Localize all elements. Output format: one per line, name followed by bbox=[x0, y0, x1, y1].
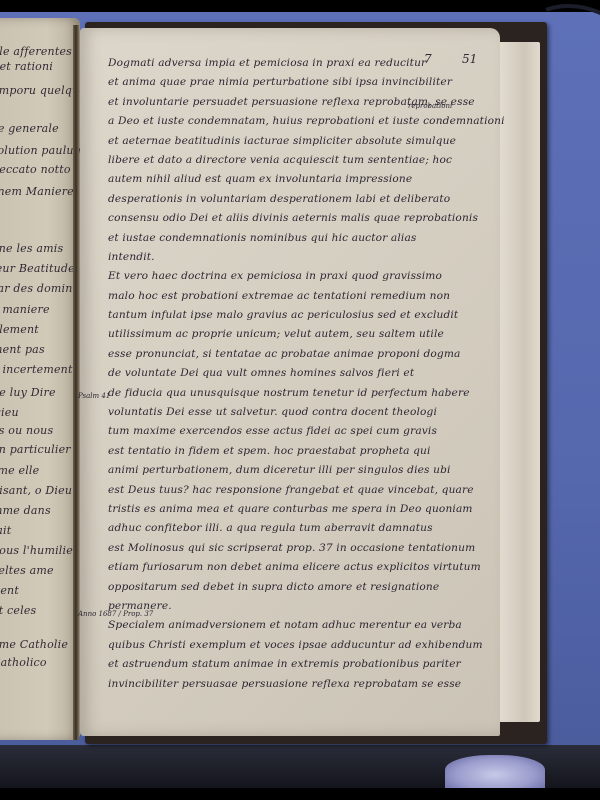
left-page-line: Catholico bbox=[0, 656, 47, 669]
manuscript-text: Dogmati adversa impia et pemiciosa in pr… bbox=[108, 54, 488, 694]
left-page-line: ple afferentes bbox=[0, 45, 72, 58]
left-page-line: : et rationi bbox=[0, 60, 53, 73]
left-page-line: ane les amis bbox=[0, 242, 63, 255]
manuscript-line: malo hoc est probationi extremae ac tent… bbox=[108, 287, 488, 306]
left-page-line: blement bbox=[0, 323, 39, 336]
manuscript-line: Specialem animadversionem et notam adhuc… bbox=[108, 616, 488, 635]
manuscript-line: a Deo et iuste condemnatam, huius reprob… bbox=[108, 112, 488, 131]
left-page-line: ment pas bbox=[0, 343, 45, 356]
manuscript-line: invincibiliter persuasae persuasione ref… bbox=[108, 675, 488, 694]
left-page-line: ame Catholie bbox=[0, 638, 68, 651]
bottom-black-bar bbox=[0, 788, 600, 800]
manuscript-line: tristis es anima mea et quare conturbas … bbox=[108, 500, 488, 519]
manuscript-line: tum maxime exercendos esse actus fidei a… bbox=[108, 422, 488, 441]
manuscript-line: libere et dato a directore venia acquies… bbox=[108, 151, 488, 170]
manuscript-line: quibus Christi exemplum et voces ipsae a… bbox=[108, 636, 488, 655]
margin-note: Anno 1687 / Prop. 37 bbox=[78, 610, 153, 619]
left-page-line: se generale bbox=[0, 122, 59, 135]
manuscript-line: adhuc confitebor illi. a qua regula tum … bbox=[108, 519, 488, 538]
interlinear-correction: reprobationi bbox=[408, 102, 452, 110]
left-page-line: Dieu bbox=[0, 406, 19, 419]
manuscript-line: et anima quae prae nimia perturbatione s… bbox=[108, 73, 488, 92]
left-page-line: en particulier bbox=[0, 443, 71, 456]
manuscript-line: desperationis in voluntariam desperation… bbox=[108, 190, 488, 209]
left-page-line: de luy Dire bbox=[0, 386, 56, 399]
left-page-line: disant, o Dieu bbox=[0, 484, 72, 497]
manuscript-line: est Deus tuus? hac responsione frangebat… bbox=[108, 481, 488, 500]
manuscript-line: est tentatio in fidem et spem. hoc praes… bbox=[108, 442, 488, 461]
left-page-line: mme dans bbox=[0, 504, 51, 517]
left-page-line: e maniere bbox=[0, 303, 50, 316]
left-page-line: rolution paulum bbox=[0, 144, 84, 157]
left-page-line: rnem Maniere bbox=[0, 185, 74, 198]
manuscript-line: consensu odio Dei et aliis divinis aeter… bbox=[108, 209, 488, 228]
manuscript-line: permanere. bbox=[108, 597, 488, 616]
left-page: ple afferentes: et rationiemporu quelque… bbox=[0, 18, 80, 740]
left-page-line: a incertement bbox=[0, 363, 73, 376]
margin-note: Psalm 41 bbox=[78, 392, 110, 401]
manuscript-line: esse pronunciat, si tentatae ac probatae… bbox=[108, 345, 488, 364]
left-page-line: es ou nous bbox=[0, 424, 53, 437]
manuscript-line: etiam furiosarum non debet anima elicere… bbox=[108, 558, 488, 577]
manuscript-line: utilissimum ac proprie unicum; velut aut… bbox=[108, 325, 488, 344]
manuscript-line: voluntatis Dei esse ut salvetur. quod co… bbox=[108, 403, 488, 422]
cloth-fold bbox=[445, 755, 545, 788]
left-page-line: itent bbox=[0, 584, 19, 597]
manuscript-line: tantum infulat ipse malo gravius ac peri… bbox=[108, 306, 488, 325]
left-page-line: rme elle bbox=[0, 464, 39, 477]
manuscript-line: est Molinosus qui sic scripserat prop. 3… bbox=[108, 539, 488, 558]
manuscript-line: Et vero haec doctrina ex pemiciosa in pr… bbox=[108, 267, 488, 286]
left-page-line: rar des domine bbox=[0, 282, 79, 295]
manuscript-line: Dogmati adversa impia et pemiciosa in pr… bbox=[108, 54, 488, 73]
manuscript-line: oppositarum sed debet in supra dicto amo… bbox=[108, 578, 488, 597]
manuscript-line: autem nihil aliud est quam ex involuntar… bbox=[108, 170, 488, 189]
manuscript-line: et aeternae beatitudinis iacturae simpli… bbox=[108, 132, 488, 151]
manuscript-line: de voluntate Dei qua vult omnes homines … bbox=[108, 364, 488, 383]
left-page-line: leur Beatitude bbox=[0, 262, 75, 275]
manuscript-line: intendit. bbox=[108, 248, 488, 267]
left-page-line: peccato notto bbox=[0, 163, 71, 176]
left-page-line: fait bbox=[0, 524, 11, 537]
book-gutter bbox=[73, 25, 79, 740]
manuscript-line: et astruendum statum animae in extremis … bbox=[108, 655, 488, 674]
manuscript-line: de fiducia qua unusquisque nostrum tenet… bbox=[108, 384, 488, 403]
manuscript-line: animi perturbationem, dum diceretur illi… bbox=[108, 461, 488, 480]
left-page-line: celtes ame bbox=[0, 564, 54, 577]
left-page-line: nous l'humilie bbox=[0, 544, 73, 557]
left-page-line: et celes bbox=[0, 604, 36, 617]
manuscript-line: et iustae condemnationis nominibus qui h… bbox=[108, 229, 488, 248]
top-black-bar bbox=[0, 0, 600, 12]
